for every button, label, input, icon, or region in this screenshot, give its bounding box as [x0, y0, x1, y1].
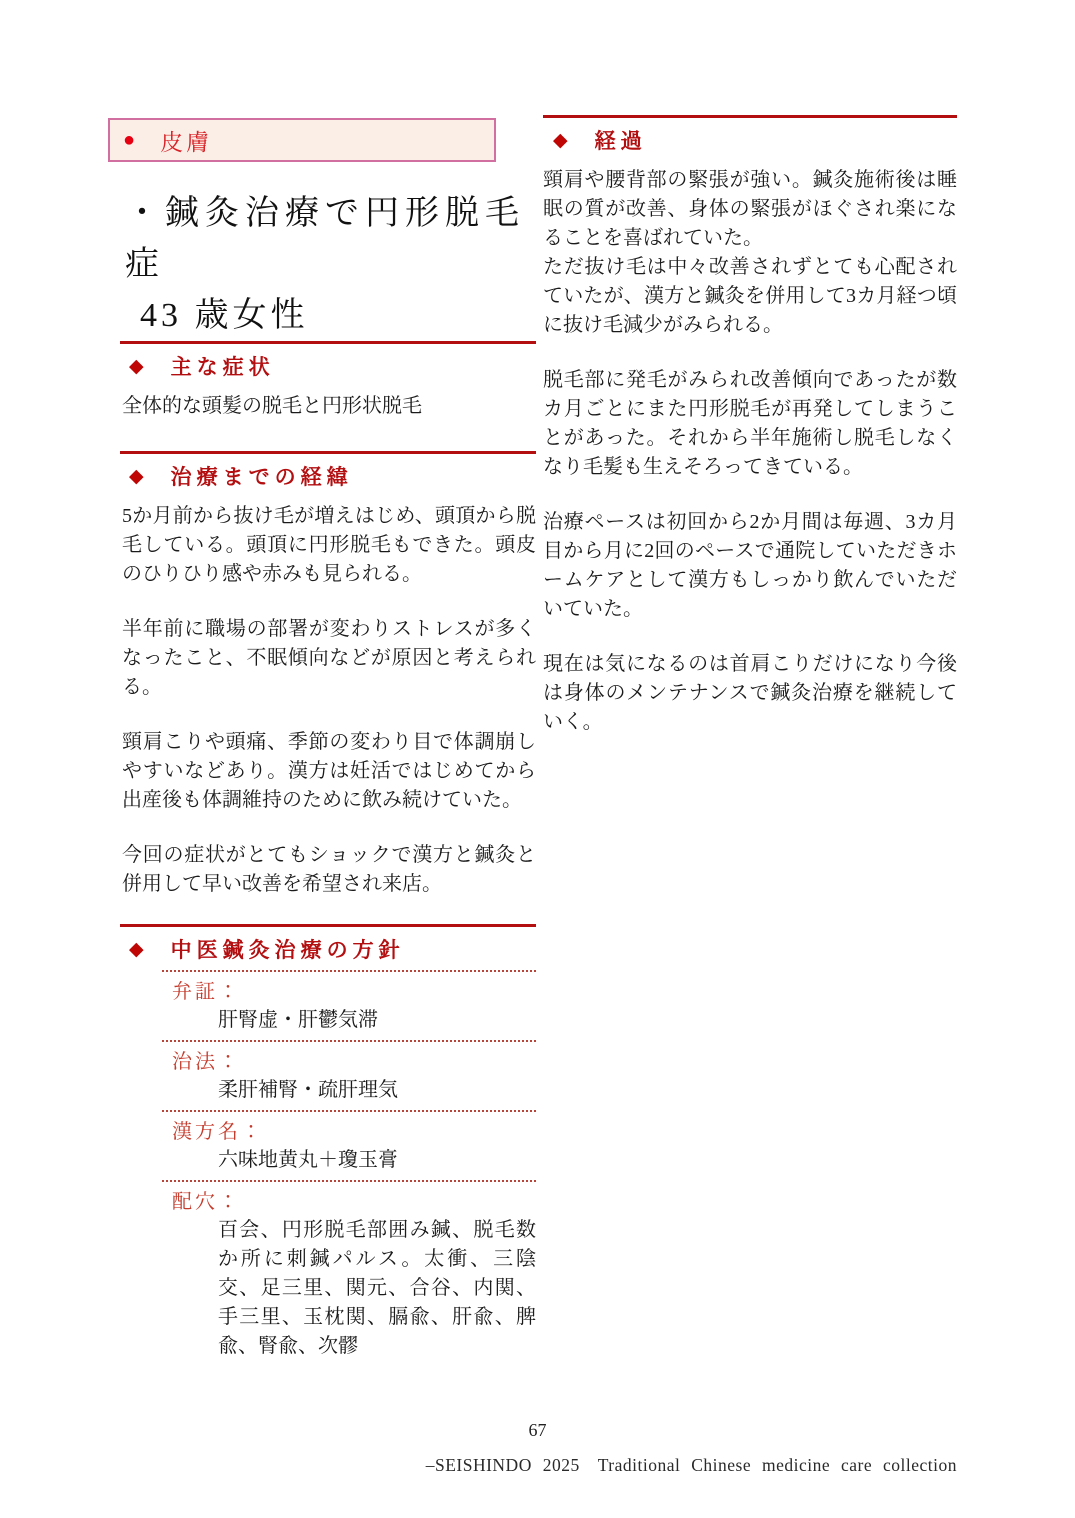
diamond-icon: ◆ — [553, 131, 568, 150]
section-divider — [543, 115, 957, 118]
section-label-history: 治療までの経緯 — [171, 461, 353, 491]
history-paragraph: 半年前に職場の部署が変わりストレスが多くなったこと、不眠傾向などが原因と考えられ… — [122, 615, 536, 702]
left-column: ● 皮膚 ・鍼灸治療で円形脱毛症 43 歳女性 ◆ 主な症状 全体的な頭髪の脱毛… — [108, 118, 536, 1366]
policy-definition: 柔肝補腎・疏肝理気 — [162, 1076, 536, 1105]
category-box: ● 皮膚 — [108, 118, 496, 162]
policy-item: 弁証： 肝腎虚・肝鬱気滞 — [162, 970, 536, 1040]
progress-paragraph: ただ抜け毛は中々改善されずとても心配されていたが、漢方と鍼灸を併用して3カ月経つ… — [543, 253, 957, 340]
policy-term: 漢方名： — [162, 1118, 536, 1146]
section-divider — [120, 924, 536, 927]
section-label-main-symptoms: 主な症状 — [171, 351, 275, 381]
progress-paragraph: 頸肩や腰背部の緊張が強い。鍼灸施術後は睡眠の質が改善、身体の緊張がほぐされ楽にな… — [543, 166, 957, 253]
right-column: ◆ 経過 頸肩や腰背部の緊張が強い。鍼灸施術後は睡眠の質が改善、身体の緊張がほぐ… — [543, 115, 957, 737]
policy-item: 治法： 柔肝補腎・疏肝理気 — [162, 1040, 536, 1110]
diamond-icon: ◆ — [129, 940, 144, 959]
history-paragraph: 頸肩こりや頭痛、季節の変わり目で体調崩しやすいなどあり。漢方は妊活ではじめてから… — [122, 728, 536, 815]
progress-paragraph: 脱毛部に発毛がみられ改善傾向であったが数カ月ごとにまた円形脱毛が再発してしまうこ… — [543, 366, 957, 482]
section-label-progress: 経過 — [595, 125, 647, 155]
section-divider — [120, 451, 536, 454]
policy-term: 治法： — [162, 1048, 536, 1076]
policy-definition: 肝腎虚・肝鬱気滞 — [162, 1006, 536, 1035]
symptoms-text: 全体的な頭髪の脱毛と円形状脱毛 — [122, 392, 536, 421]
policy-definition: 百会、円形脱毛部囲み鍼、脱毛数か所に刺鍼パルス。太衝、三陰交、足三里、関元、合谷… — [162, 1216, 536, 1361]
history-paragraph: 5か月前から抜け毛が増えはじめ、頭頂から脱毛している。頭頂に円形脱毛もできた。頭… — [122, 502, 536, 589]
page-number: 67 — [0, 1420, 1075, 1441]
section-heading-history: ◆ 治療までの経緯 — [129, 462, 536, 490]
diamond-icon: ◆ — [129, 467, 144, 486]
history-paragraph: 今回の症状がとてもショックで漢方と鍼灸と併用して早い改善を希望され来店。 — [122, 841, 536, 899]
case-title-line-1: ・鍼灸治療で円形脱毛症 — [125, 188, 536, 290]
section-heading-progress: ◆ 経過 — [553, 126, 957, 154]
diamond-icon: ◆ — [129, 357, 144, 376]
category-label: 皮膚 — [160, 124, 212, 157]
progress-paragraph: 治療ペースは初回から2か月間は毎週、3カ月目から月に2回のペースで通院していただ… — [543, 508, 957, 624]
source-credit: –SEISHINDO 2025 Traditional Chinese medi… — [426, 1452, 957, 1477]
policy-item: 漢方名： 六味地黄丸＋瓊玉膏 — [162, 1110, 536, 1180]
section-heading-policy: ◆ 中医鍼灸治療の方針 — [129, 935, 536, 963]
policy-item: 配穴： 百会、円形脱毛部囲み鍼、脱毛数か所に刺鍼パルス。太衝、三陰交、足三里、関… — [162, 1180, 536, 1366]
policy-term: 配穴： — [162, 1188, 536, 1216]
case-title-line-2: 43 歳女性 — [125, 290, 536, 341]
section-heading-main-symptoms: ◆ 主な症状 — [129, 352, 536, 380]
policy-list: 弁証： 肝腎虚・肝鬱気滞 治法： 柔肝補腎・疏肝理気 漢方名： 六味地黄丸＋瓊玉… — [162, 970, 536, 1366]
progress-paragraph: 現在は気になるのは首肩こりだけになり今後は身体のメンテナンスで鍼灸治療を継続して… — [543, 650, 957, 737]
section-divider — [120, 341, 536, 344]
case-title: ・鍼灸治療で円形脱毛症 43 歳女性 — [125, 188, 536, 341]
bullet-icon: ● — [123, 130, 135, 150]
policy-definition: 六味地黄丸＋瓊玉膏 — [162, 1146, 536, 1175]
section-label-policy: 中医鍼灸治療の方針 — [171, 934, 405, 964]
policy-term: 弁証： — [162, 978, 536, 1006]
document-page: ● 皮膚 ・鍼灸治療で円形脱毛症 43 歳女性 ◆ 主な症状 全体的な頭髪の脱毛… — [0, 0, 1075, 1518]
